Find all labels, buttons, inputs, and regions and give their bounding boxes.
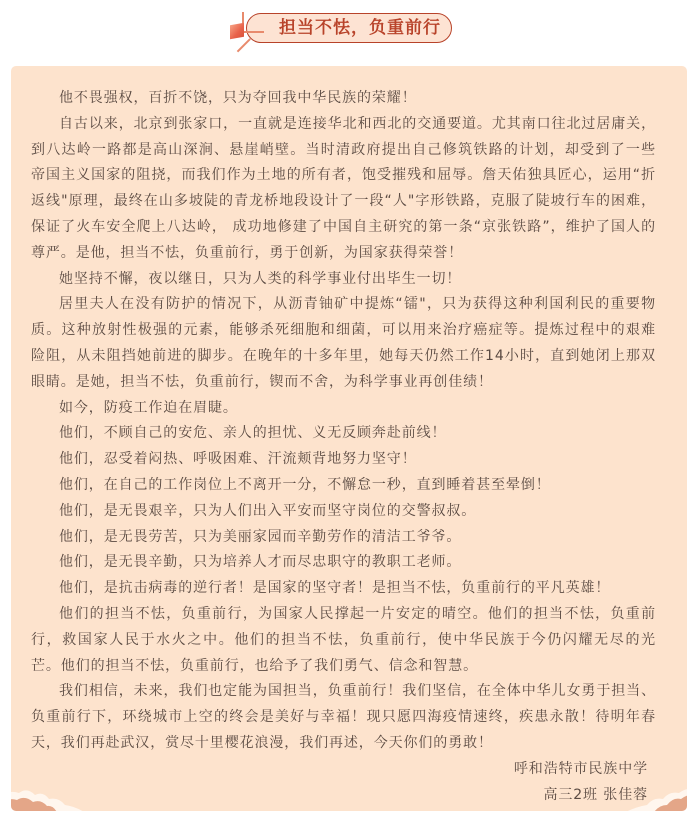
- paragraph: 他们，是无畏劳苦，只为美丽家园而辛勤劳作的清洁工爷爷。: [31, 525, 656, 551]
- paragraph: 他们，是无畏艰辛，只为人们出入平安而坚守岗位的交警叔叔。: [31, 499, 656, 525]
- cloud-decoration-icon: [607, 785, 687, 811]
- signature-school: 呼和浩特市民族中学: [31, 757, 656, 783]
- cube-pin-icon: [230, 23, 244, 39]
- paragraph: 如今，防疫工作迫在眉睫。: [31, 396, 656, 422]
- paragraph: 他们，不顾自己的安危、亲人的担忧、义无反顾奔赴前线！: [31, 421, 656, 447]
- paragraph: 他们，是抗击病毒的逆行者！是国家的坚守者！是担当不怯，负重前行的平凡英雄！: [31, 576, 656, 602]
- paragraph: 他们，忍受着闷热、呼吸困难、汗流颊背地努力坚守！: [31, 447, 656, 473]
- paragraph: 自古以来，北京到张家口，一直就是连接华北和西北的交通要道。尤其南口往北过居庸关，…: [31, 112, 656, 267]
- cloud-decoration-icon: [11, 785, 91, 811]
- paragraph: 他不畏强权，百折不饶，只为夺回我中华民族的荣耀！: [31, 86, 656, 112]
- signature-author: 高三2班 张佳蓉: [31, 783, 656, 809]
- paragraph: 他们，在自己的工作岗位上不离开一分，不懈怠一秒，直到睡着甚至晕倒！: [31, 473, 656, 499]
- paragraph: 我们相信，未来，我们也定能为国担当，负重前行！我们坚信，在全体中华儿女勇于担当、…: [31, 679, 656, 756]
- section-title-banner: 担当不怯，负重前行: [0, 10, 695, 46]
- pin-line-icon: [237, 38, 251, 52]
- paragraph: 居里夫人在没有防护的情况下，从沥青铀矿中提炼“镭"，只为获得这种利国利民的重要物…: [31, 292, 656, 395]
- section-title: 担当不怯，负重前行: [270, 14, 450, 42]
- paragraph: 他们的担当不怯，负重前行，为国家人民撑起一片安定的晴空。他们的担当不怯，负重前行…: [31, 602, 656, 679]
- paragraph: 他们，是无畏辛勤，只为培养人才而尽忠职守的教职工老师。: [31, 550, 656, 576]
- paragraph: 她坚持不懈，夜以继日，只为人类的科学事业付出毕生一切！: [31, 267, 656, 293]
- article-panel: 他不畏强权，百折不饶，只为夺回我中华民族的荣耀！ 自古以来，北京到张家口，一直就…: [11, 66, 687, 811]
- article-body: 他不畏强权，百折不饶，只为夺回我中华民族的荣耀！ 自古以来，北京到张家口，一直就…: [31, 86, 656, 808]
